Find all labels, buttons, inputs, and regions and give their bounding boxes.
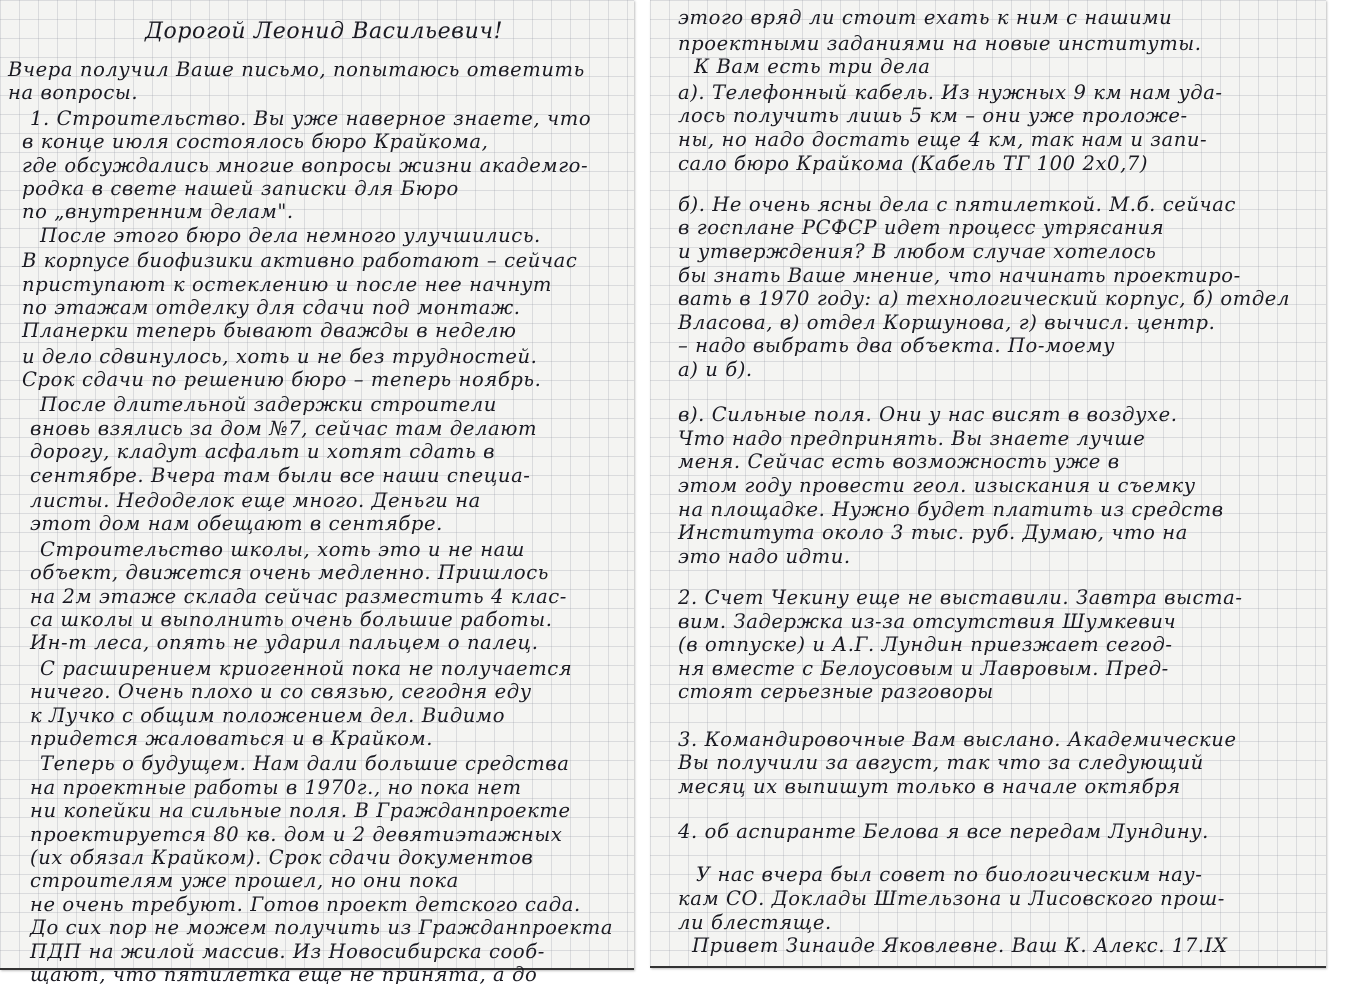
left-page-line: 1. Строительство. Вы уже наверное знаете… bbox=[30, 107, 591, 131]
right-page-line: ны, но надо достать еще 4 км, так нам и … bbox=[678, 128, 1207, 152]
right-page-line: этого вряд ли стоит ехать к ним с нашими bbox=[678, 6, 1172, 30]
right-page-line: бы знать Ваше мнение, что начинать проек… bbox=[678, 264, 1241, 288]
right-page-line: лось получить лишь 5 км – они уже пролож… bbox=[678, 104, 1188, 128]
right-page-line: сало бюро Крайкома (Кабель ТГ 100 2х0,7) bbox=[678, 152, 1148, 176]
right-page-line: Привет Зинаиде Яковлевне. Ваш К. Алекс. … bbox=[692, 934, 1227, 958]
left-page-line: После этого бюро дела немного улучшились… bbox=[40, 224, 541, 248]
left-page-line: ни копейки на сильные поля. В Гражданпро… bbox=[30, 799, 571, 823]
right-page-line: стоят серьезные разговоры bbox=[678, 680, 994, 704]
left-page-line: где обсуждались многие вопросы жизни ака… bbox=[22, 154, 588, 178]
left-page-line: на проектные работы в 1970г., но пока не… bbox=[30, 776, 522, 800]
left-page-line: объект, движется очень медленно. Пришлос… bbox=[30, 561, 549, 585]
right-page-line: (в отпуске) и А.Г. Лундин приезжает сего… bbox=[678, 633, 1173, 657]
right-page-line: а) и б). bbox=[678, 358, 753, 382]
salutation: Дорогой Леонид Васильевич! bbox=[145, 20, 503, 44]
right-page-line: меня. Сейчас есть возможность уже в bbox=[678, 450, 1120, 474]
left-page-line: по „внутренним делам". bbox=[22, 200, 294, 224]
right-page-line: б). Не очень ясны дела с пятилеткой. М.б… bbox=[678, 193, 1236, 217]
left-page-line: на 2м этаже склада сейчас разместить 4 к… bbox=[30, 585, 567, 609]
left-page-line: на вопросы. bbox=[8, 81, 138, 105]
left-page-line: С расширением криогенной пока не получае… bbox=[40, 657, 572, 681]
left-page-line: сентябре. Вчера там были все наши специа… bbox=[30, 464, 530, 488]
right-page-line: ня вместе с Белоусовым и Лавровым. Пред- bbox=[678, 657, 1169, 681]
left-page-line: Срок сдачи по решению бюро – теперь нояб… bbox=[22, 368, 541, 392]
left-page-line: приступают к остеклению и после нее начн… bbox=[22, 273, 552, 297]
right-page-line: и утверждения? В любом случае хотелось bbox=[678, 240, 1157, 264]
right-page-line: кам СО. Доклады Штельзона и Лисовского п… bbox=[678, 887, 1225, 911]
right-page-line: в). Сильные поля. Они у нас висят в возд… bbox=[678, 403, 1178, 427]
left-page-line: В корпусе биофизики активно работают – с… bbox=[22, 249, 577, 273]
left-page-line: этот дом нам обещают в сентябре. bbox=[30, 512, 443, 536]
left-page-line: вновь взялись за дом №7, сейчас там дела… bbox=[30, 417, 537, 441]
right-page-line: проектными заданиями на новые институты. bbox=[678, 32, 1202, 56]
right-page-line: К Вам есть три дела bbox=[694, 55, 930, 79]
right-page-line: на площадке. Нужно будет платить из сред… bbox=[678, 498, 1224, 522]
right-page-line: а). Телефонный кабель. Из нужных 9 км на… bbox=[678, 81, 1223, 105]
left-page-line: по этажам отделку для сдачи под монтаж. bbox=[22, 296, 521, 320]
left-page-line: Планерки теперь бывают дважды в неделю bbox=[22, 319, 517, 343]
left-page-line: Теперь о будущем. Нам дали большие средс… bbox=[40, 752, 569, 776]
left-page-line: к Лучко с общим положением дел. Видимо bbox=[30, 704, 505, 728]
right-page-line: Института около 3 тыс. руб. Думаю, что н… bbox=[678, 521, 1188, 545]
left-page-line: Ин-т леса, опять не ударил пальцем о пал… bbox=[30, 631, 539, 655]
left-page-line: Вчера получил Ваше письмо, попытаюсь отв… bbox=[8, 58, 585, 82]
left-page-line: са школы и выполнить очень большие работ… bbox=[30, 608, 553, 632]
left-page-line: строителям уже прошел, но они пока bbox=[30, 869, 459, 893]
right-page-line: вать в 1970 году: а) технологический кор… bbox=[678, 287, 1290, 311]
left-page-line: После длительной задержки строители bbox=[40, 393, 497, 417]
right-page-line: ли блестяще. bbox=[678, 911, 832, 935]
left-page-line: придется жаловаться и в Крайком. bbox=[30, 727, 433, 751]
left-page-line: проектируется 80 кв. дом и 2 девятиэтажн… bbox=[30, 823, 562, 847]
left-page-line: и дело сдвинулось, хоть и не без труднос… bbox=[22, 345, 537, 369]
left-page-line: ПДП на жилой массив. Из Новосибирска соо… bbox=[30, 940, 545, 964]
right-page-line: 2. Счет Чекину еще не выставили. Завтра … bbox=[678, 586, 1243, 610]
right-page-line: Власова, в) отдел Коршунова, г) вычисл. … bbox=[678, 311, 1215, 335]
right-page-line: Вы получили за август, так что за следую… bbox=[678, 751, 1204, 775]
right-page-line: вим. Задержка из-за отсутствия Шумкевич bbox=[678, 610, 1176, 634]
right-page-line: 4. об аспиранте Белова я все передам Лун… bbox=[678, 820, 1209, 844]
left-page-line: щают, что пятилетка еще не принята, а до bbox=[30, 963, 537, 984]
left-page-line: дорогу, кладут асфальт и хотят сдать в bbox=[30, 440, 495, 464]
left-page-line: ничего. Очень плохо и со связью, сегодня… bbox=[30, 680, 532, 704]
right-page-line: – надо выбрать два объекта. По-моему bbox=[678, 334, 1115, 358]
right-page-line: этом году провести геол. изыскания и съе… bbox=[678, 474, 1196, 498]
left-page-line: в конце июля состоялось бюро Крайкома, bbox=[22, 130, 488, 154]
right-page-line: в госплане РСФСР идет процесс утрясания bbox=[678, 216, 1164, 240]
left-page-line: (их обязал Крайком). Срок сдачи документ… bbox=[30, 846, 533, 870]
left-page-line: листы. Недоделок еще много. Деньги на bbox=[30, 489, 481, 513]
right-page-line: месяц их выпишут только в начале октября bbox=[678, 775, 1181, 799]
right-page-line: Что надо предпринять. Вы знаете лучше bbox=[678, 427, 1145, 451]
right-page-line: это надо идти. bbox=[678, 545, 851, 569]
right-page-line: У нас вчера был совет по биологическим н… bbox=[696, 863, 1202, 887]
right-page-line: 3. Командировочные Вам выслано. Академич… bbox=[678, 728, 1237, 752]
left-page-line: не очень требуют. Готов проект детского … bbox=[30, 893, 581, 917]
left-page-line: родка в свете нашей записки для Бюро bbox=[22, 177, 459, 201]
left-page-line: Строительство школы, хоть это и не наш bbox=[40, 538, 525, 562]
letter-page-left: Дорогой Леонид Васильевич! Вчера получил… bbox=[0, 0, 634, 970]
left-page-line: До сих пор не можем получить из Гражданп… bbox=[30, 916, 613, 940]
letter-page-right: этого вряд ли стоит ехать к ним с нашими… bbox=[650, 0, 1326, 968]
